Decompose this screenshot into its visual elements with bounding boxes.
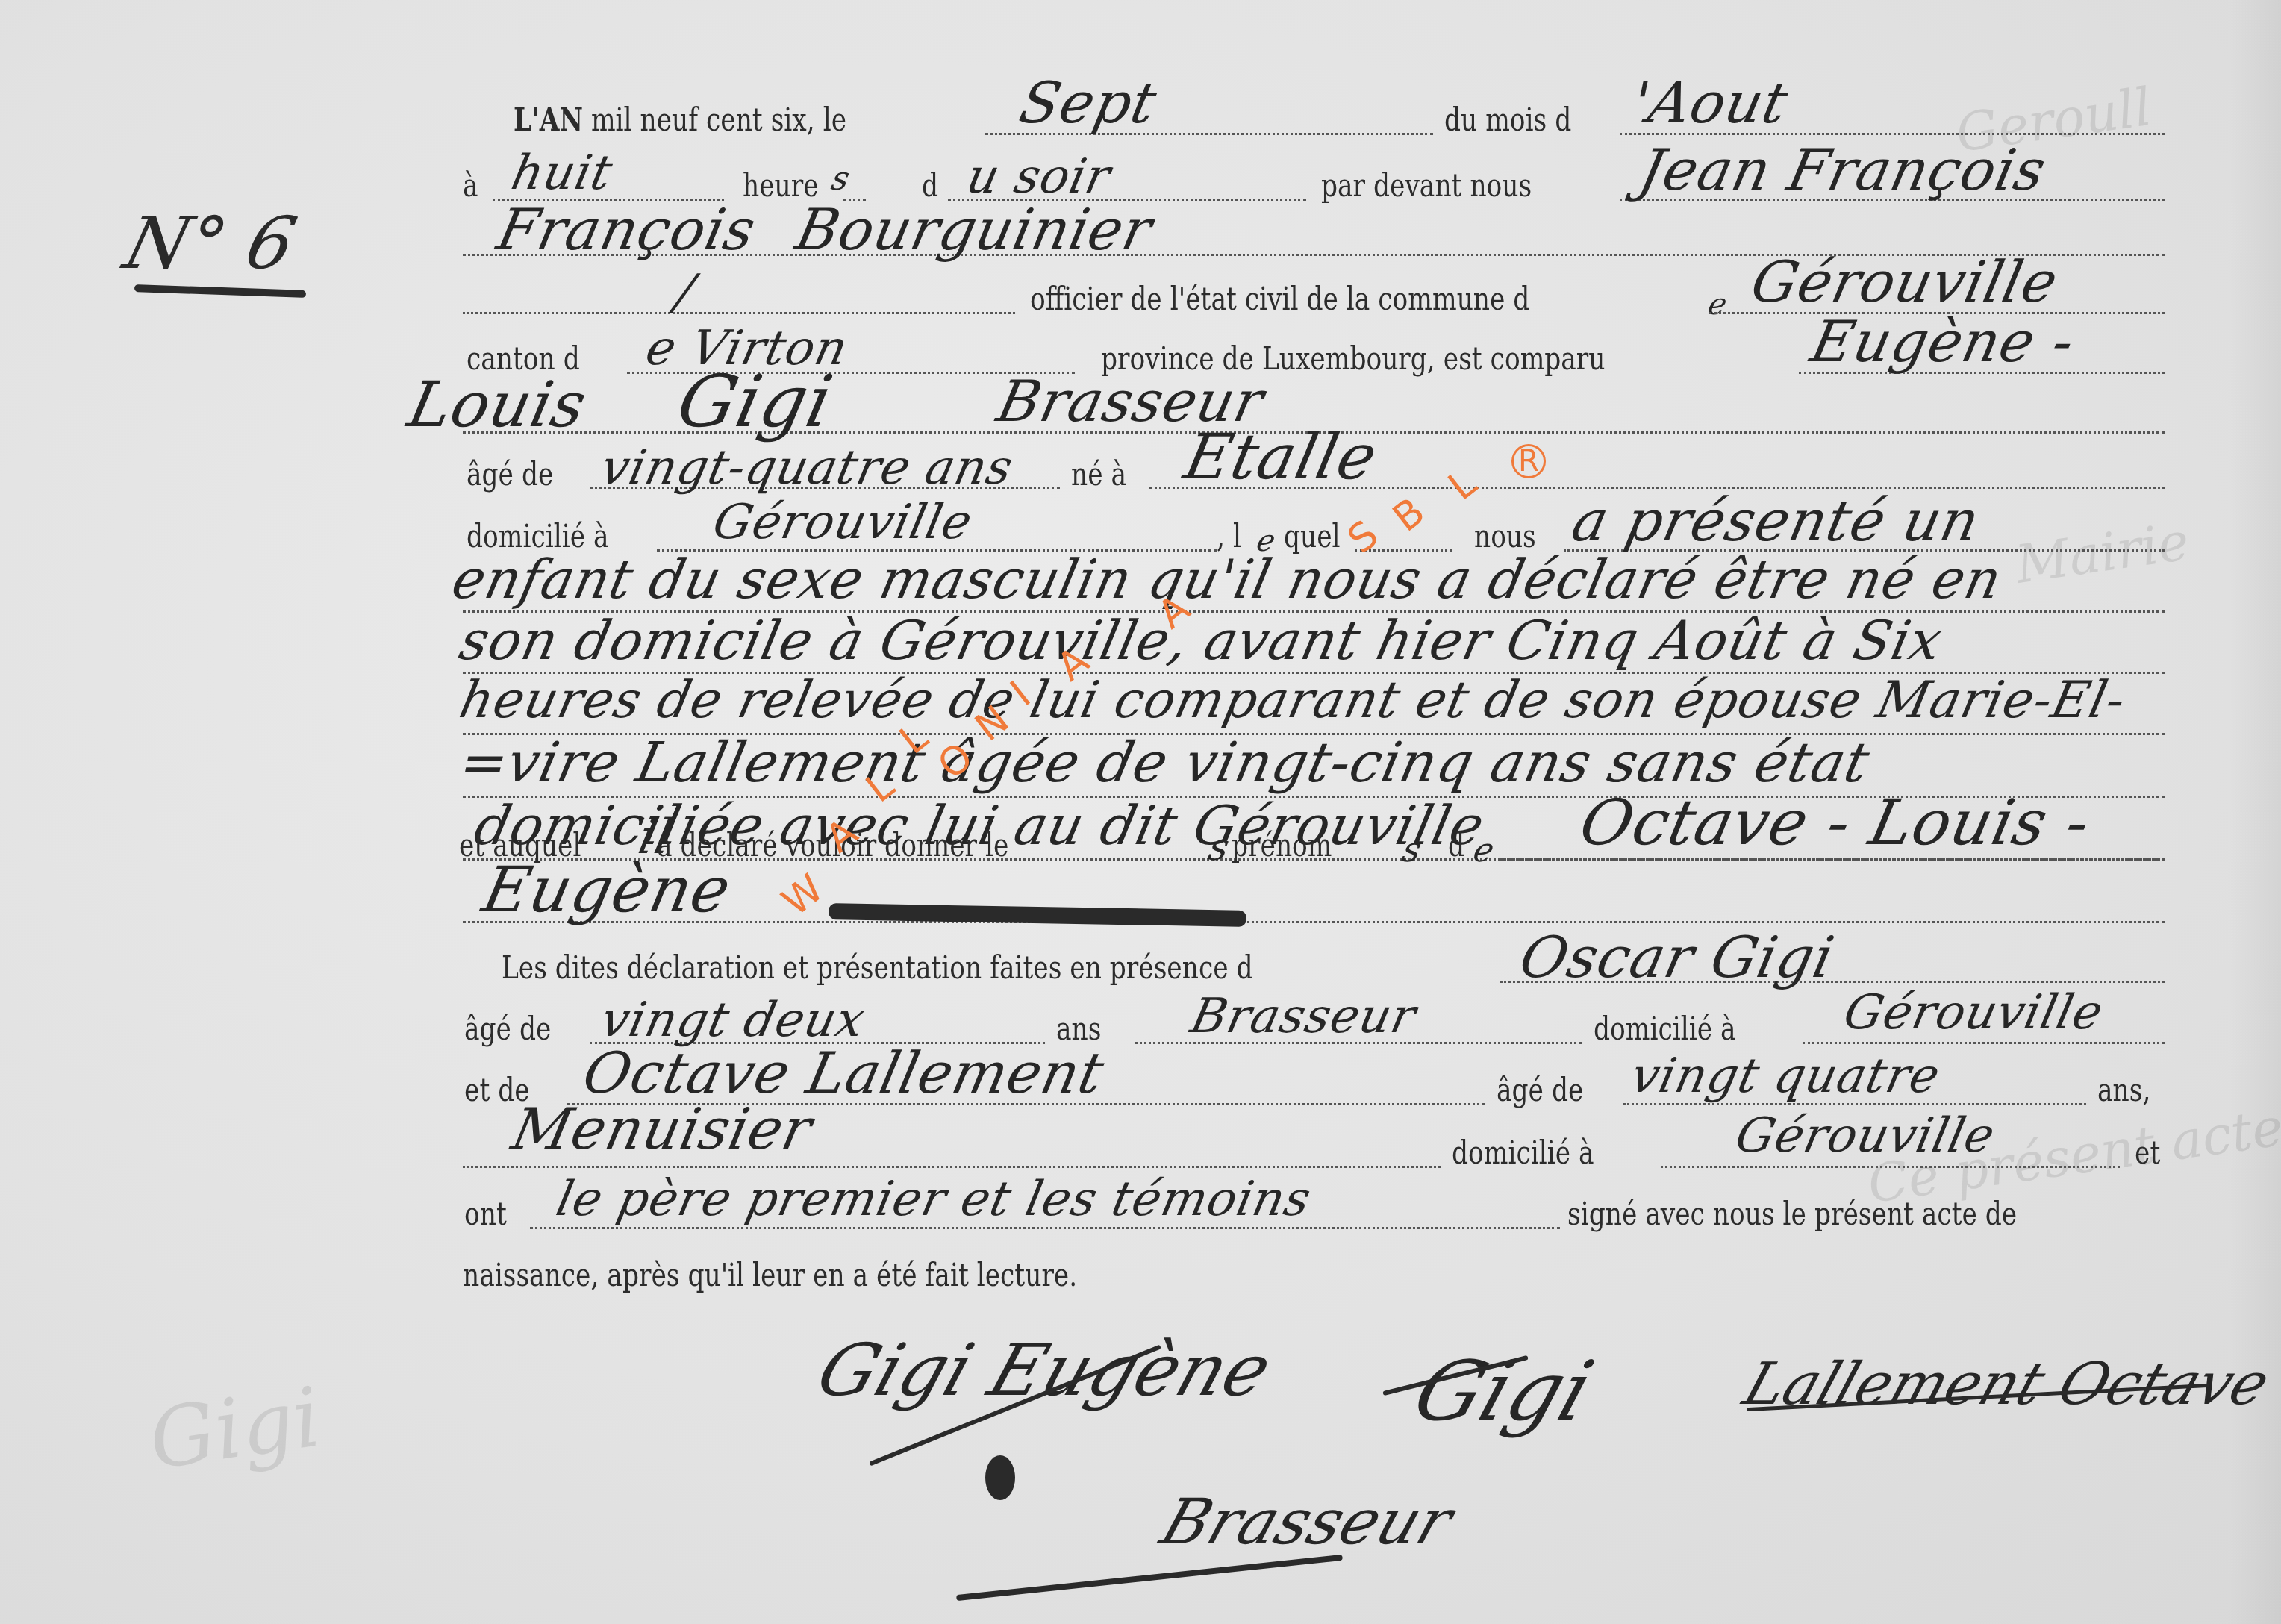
printed-text: à bbox=[463, 170, 478, 202]
printed-text: âgé de bbox=[464, 1014, 551, 1045]
handwritten-child-firstname-cont: Eugène bbox=[478, 858, 737, 921]
handwritten-commune: Gérouville bbox=[1747, 254, 2063, 310]
handwritten-hour: huit bbox=[508, 149, 617, 197]
handwritten-time-of-day: u soir bbox=[963, 153, 1115, 201]
handwritten-witness2-occupation: Menuisier bbox=[508, 1101, 817, 1158]
printed-text: ans, bbox=[2097, 1075, 2150, 1106]
handwritten-father-domicile: Gérouville bbox=[709, 499, 976, 546]
fill-line bbox=[463, 1166, 1441, 1168]
printed-text: L'AN mil neuf cent six, le bbox=[514, 104, 846, 136]
printed-text: et bbox=[2135, 1137, 2160, 1169]
printed-text: âgé de bbox=[1497, 1075, 1583, 1106]
handwritten-day: Sept bbox=[1015, 75, 1161, 131]
handwritten-child-firstnames: Octave - Louis - bbox=[1575, 791, 2096, 854]
fill-line bbox=[530, 1227, 1560, 1229]
handwritten-body: enfant du sexe masculin qu'il nous a déc… bbox=[448, 552, 2006, 606]
handwritten-witness1-domicile: Gérouville bbox=[1840, 989, 2107, 1037]
handwritten-month: 'Aout bbox=[1627, 75, 1793, 131]
handwritten-officer-surname: Bourguinier bbox=[791, 202, 1158, 258]
handwritten-text: a présenté un bbox=[1567, 493, 1985, 549]
printed-text: domicilié à bbox=[1594, 1014, 1736, 1045]
handwritten-body: son domicile à Gérouville, avant hier Ci… bbox=[455, 613, 1947, 667]
fill-line bbox=[463, 312, 1015, 314]
printed-text: âgé de bbox=[467, 459, 553, 490]
printed-text: prénom bbox=[1232, 830, 1332, 861]
printed-text: du mois d bbox=[1444, 104, 1571, 136]
handwritten-father-age: vingt-quatre ans bbox=[597, 444, 1017, 492]
handwritten-body: heures de relevée de lui comparant et de… bbox=[455, 675, 2130, 726]
fill-line bbox=[1661, 1166, 2120, 1168]
handwritten-father-firstname-cont: Louis bbox=[403, 373, 592, 436]
printed-text: Les dites déclaration et présentation fa… bbox=[502, 952, 1253, 984]
watermark-registered-icon: R bbox=[1511, 444, 1546, 478]
handwritten-body: =vire Lallement âgée de vingt-cinq ans s… bbox=[455, 735, 1874, 790]
handwritten-witness1-name: Oscar Gigi bbox=[1515, 929, 1839, 986]
signature-witness1: Gigi bbox=[1402, 1343, 1604, 1439]
handwritten-father-firstname: Eugène - bbox=[1806, 313, 2079, 370]
handwritten-officer-name: Jean François bbox=[1635, 142, 2051, 199]
printed-text: d bbox=[1448, 830, 1464, 861]
printed-text: officier de l'état civil de la commune d bbox=[1030, 284, 1529, 315]
printed-text: naissance, après qu'il leur en a été fai… bbox=[463, 1260, 1077, 1291]
printed-text: signé avec nous le présent acte de bbox=[1567, 1199, 2017, 1230]
handwritten-witness1-age: vingt deux bbox=[597, 996, 870, 1044]
handwritten-witness2-domicile: Gérouville bbox=[1732, 1112, 1999, 1160]
handwritten-father-surname: Gigi bbox=[672, 366, 839, 437]
printed-text: ont bbox=[464, 1199, 507, 1230]
act-number: N° 6 bbox=[116, 202, 305, 285]
fill-line bbox=[1803, 1042, 2165, 1044]
signature-officer: Brasseur bbox=[1152, 1485, 1461, 1558]
printed-text: né à bbox=[1071, 459, 1126, 490]
ink-blot bbox=[985, 1455, 1015, 1500]
handwritten-witness2-age: vingt quatre bbox=[1627, 1052, 1944, 1100]
signature-father: Gigi Eugène bbox=[808, 1328, 1282, 1412]
handwritten-officer-name-cont: François bbox=[493, 202, 761, 258]
printed-text: domicilié à bbox=[1452, 1137, 1594, 1169]
handwritten-witness1-occupation: Brasseur bbox=[1187, 993, 1420, 1040]
handwritten-birthplace: Etalle bbox=[1179, 425, 1382, 488]
handwritten-witness2-name: Octave Lallement bbox=[578, 1045, 1109, 1102]
handwritten-signatories: le père premier et les témoins bbox=[552, 1175, 1315, 1223]
printed-text: par devant nous bbox=[1321, 170, 1532, 202]
